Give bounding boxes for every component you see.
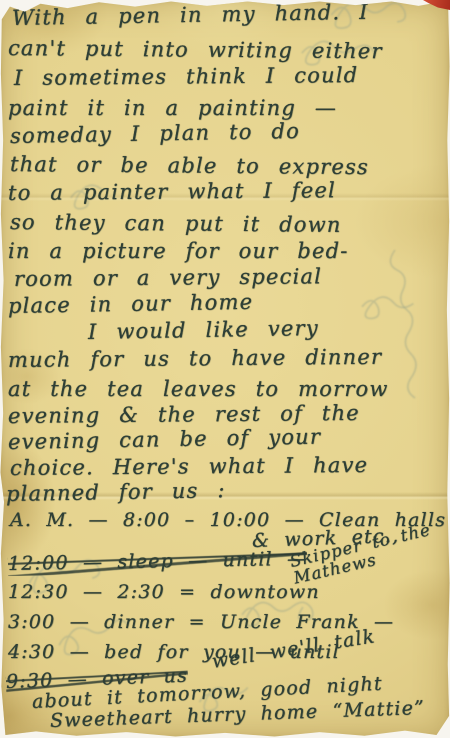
letter-line: someday I plan to do xyxy=(10,119,300,148)
letter-line: can't put into writing either xyxy=(8,36,383,63)
schedule-downtown-line: 12:30 — 2:30 = downtown xyxy=(8,580,320,604)
letter-line: evening can be of your xyxy=(8,425,322,454)
letter-line: With a pen in my hand. I xyxy=(12,0,369,30)
letter-line: to a painter what I feel xyxy=(8,178,336,205)
signature: “Mattie” xyxy=(332,697,425,722)
letter-line: place in our home xyxy=(8,290,254,318)
letter-line: planned for us : xyxy=(6,478,226,506)
letter-line: in a picture for our bed- xyxy=(8,239,349,263)
letter-line: that or be able to express xyxy=(10,152,369,179)
letter-line: paint it in a painting — xyxy=(8,96,337,120)
schedule-sleep-line-struck: 12:00 — sleep — until — xyxy=(8,547,308,576)
letter-line: room or a very special xyxy=(14,264,322,291)
letter-line: I sometimes think I could xyxy=(14,63,359,90)
letter-line: choice. Here's what I have xyxy=(10,453,368,480)
letter-line: I would like very xyxy=(88,316,319,344)
scanned-letter-page: With a pen in my hand. I can't put into … xyxy=(0,0,450,738)
letter-line: much for us to have dinner xyxy=(8,345,382,372)
letter-paper: With a pen in my hand. I can't put into … xyxy=(0,0,450,738)
letter-line: at the tea leaves to morrow xyxy=(8,377,389,401)
letter-line: so they can put it down xyxy=(10,210,342,237)
